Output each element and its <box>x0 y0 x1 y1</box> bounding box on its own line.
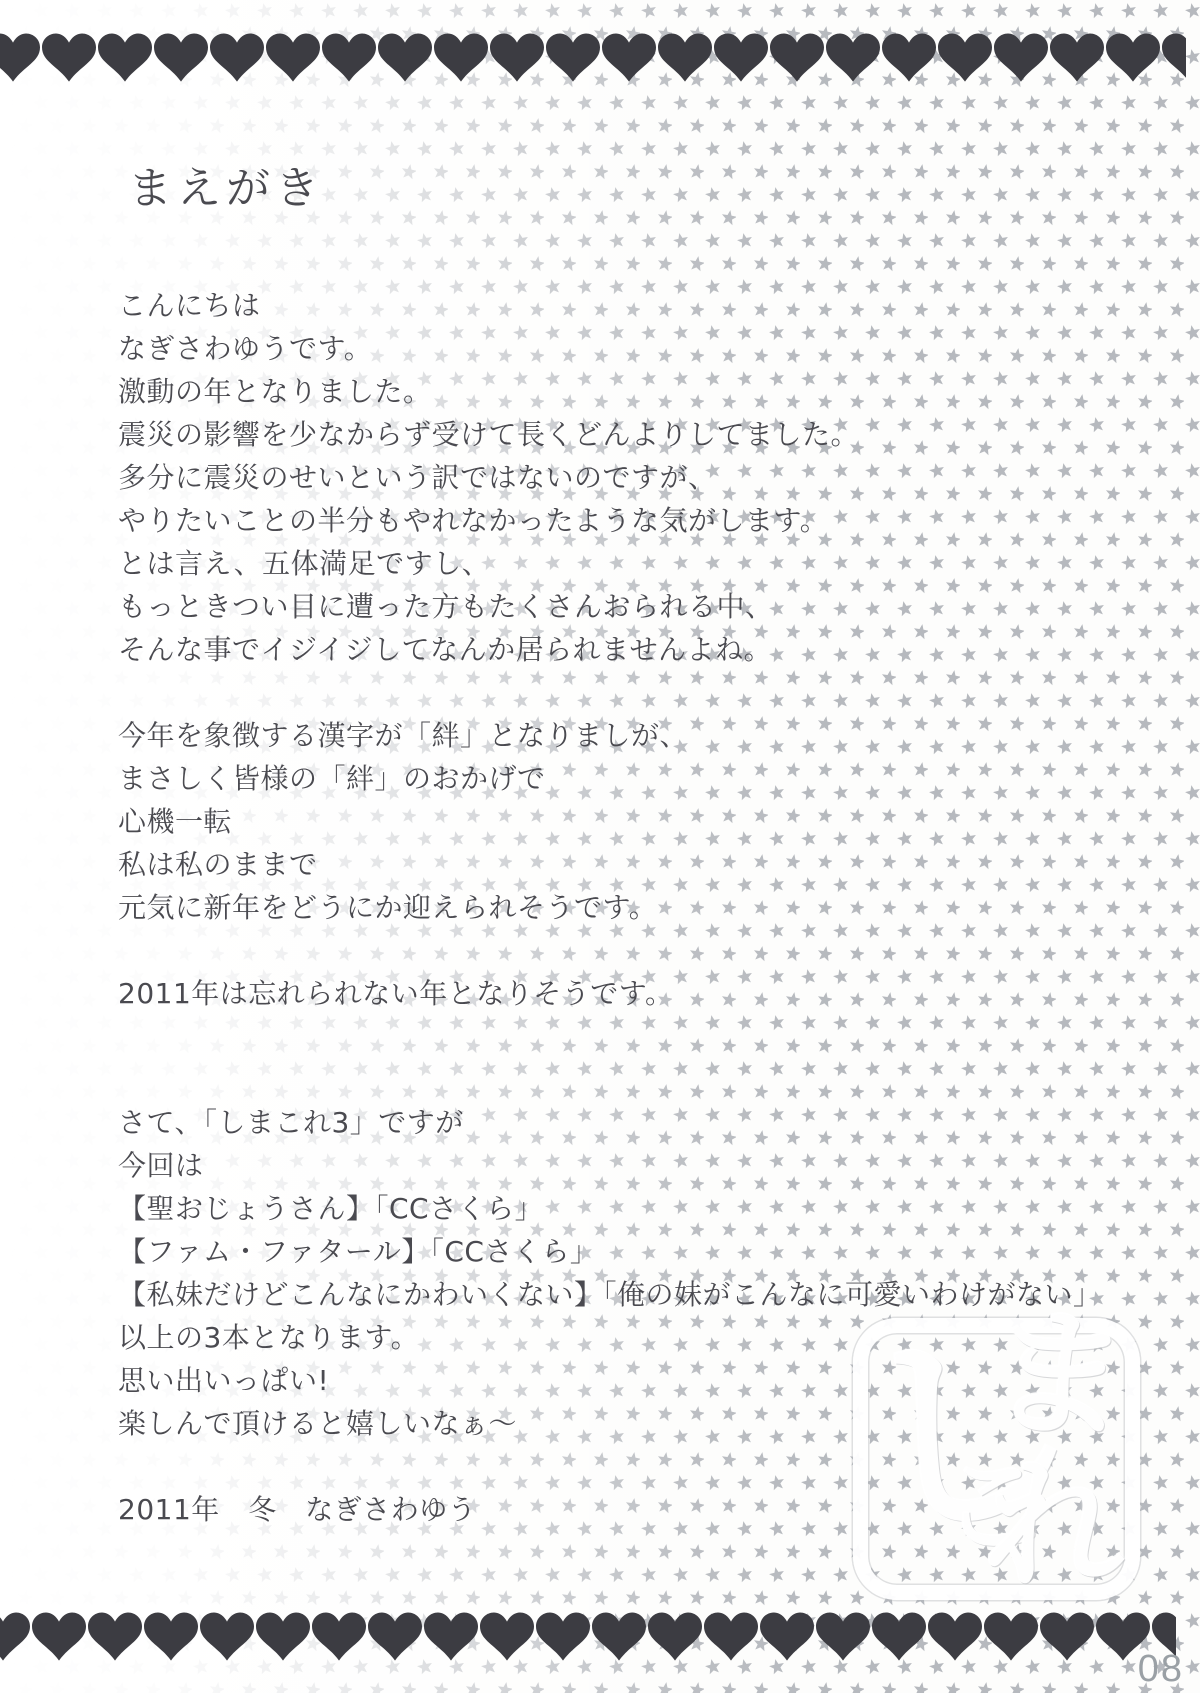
heart-icon <box>480 1612 534 1662</box>
heart-icon <box>770 33 824 83</box>
heart-icon <box>704 1612 758 1662</box>
heart-icon <box>0 1612 30 1662</box>
heart-icon <box>88 1612 142 1662</box>
heart-border-top <box>0 33 1186 83</box>
text-line: まさしく皆様の「絆」のおかげで <box>118 757 1148 800</box>
text-line <box>118 671 1148 714</box>
heart-border-bottom <box>0 1612 1176 1662</box>
heart-icon <box>0 33 40 83</box>
heart-icon <box>546 33 600 83</box>
heart-icon <box>536 1612 590 1662</box>
text-line: 今年を象徴する漢字が「絆」となりましが、 <box>118 714 1148 757</box>
page-title: まえがき <box>128 152 324 216</box>
heart-icon <box>602 33 656 83</box>
heart-icon <box>928 1612 982 1662</box>
text-line: 【聖おじょうさん】「CCさくら」 <box>118 1187 1148 1230</box>
heart-icon <box>1050 33 1104 83</box>
text-line: もっときつい目に遭った方もたくさんおられる中、 <box>118 585 1148 628</box>
heart-icon <box>424 1612 478 1662</box>
heart-icon <box>984 1612 1038 1662</box>
text-line: 激動の年となりました。 <box>118 370 1148 413</box>
heart-icon <box>322 33 376 83</box>
heart-icon <box>378 33 432 83</box>
text-line: こんにちは <box>118 284 1148 327</box>
heart-icon <box>1162 33 1186 83</box>
heart-icon <box>434 33 488 83</box>
heart-icon <box>98 33 152 83</box>
heart-icon <box>312 1612 366 1662</box>
heart-icon <box>368 1612 422 1662</box>
heart-icon <box>760 1612 814 1662</box>
text-line: さて、「しまこれ3」ですが <box>118 1101 1148 1144</box>
heart-icon <box>32 1612 86 1662</box>
heart-icon <box>648 1612 702 1662</box>
heart-icon <box>210 33 264 83</box>
heart-icon <box>816 1612 870 1662</box>
text-line: とは言え、五体満足ですし、 <box>118 542 1148 585</box>
heart-icon <box>256 1612 310 1662</box>
text-line: なぎさわゆうです。 <box>118 327 1148 370</box>
text-line <box>118 929 1148 972</box>
text-line: 今回は <box>118 1144 1148 1187</box>
heart-icon <box>144 1612 198 1662</box>
text-line: やりたいことの半分もやれなかったような気がします。 <box>118 499 1148 542</box>
heart-icon <box>592 1612 646 1662</box>
text-line: 心機一転 <box>118 800 1148 843</box>
stamp-character: ま <box>982 1300 1136 1454</box>
heart-icon <box>154 33 208 83</box>
text-line: そんな事でイジイジしてなんか居られませんよね。 <box>118 628 1148 671</box>
heart-icon <box>658 33 712 83</box>
preface-page: まえがき こんにちはなぎさわゆうです。激動の年となりました。震災の影響を少なから… <box>0 0 1200 1693</box>
heart-icon <box>714 33 768 83</box>
heart-icon <box>490 33 544 83</box>
stamp-character: れ <box>980 1454 1129 1603</box>
heart-icon <box>200 1612 254 1662</box>
heart-icon <box>882 33 936 83</box>
text-line: 2011年は忘れられない年となりそうです。 <box>118 972 1148 1015</box>
text-line: 【ファム・ファタール】「CCさくら」 <box>118 1230 1148 1273</box>
heart-icon <box>872 1612 926 1662</box>
text-line: 私は私のままで <box>118 843 1148 886</box>
text-line <box>118 1015 1148 1058</box>
text-line: 多分に震災のせいという訳ではないのですが、 <box>118 456 1148 499</box>
heart-icon <box>266 33 320 83</box>
text-line <box>118 1058 1148 1101</box>
heart-icon <box>1106 33 1160 83</box>
page-number: 08 <box>1138 1648 1184 1691</box>
heart-icon <box>938 33 992 83</box>
heart-icon <box>826 33 880 83</box>
heart-icon <box>1040 1612 1094 1662</box>
text-line: 元気に新年をどうにか迎えられそうです。 <box>118 886 1148 929</box>
shimakore-logo-stamp: し ま こ れ <box>853 1318 1140 1600</box>
heart-icon <box>42 33 96 83</box>
heart-icon <box>994 33 1048 83</box>
text-line: 震災の影響を少なからず受けて長くどんよりしてました。 <box>118 413 1148 456</box>
